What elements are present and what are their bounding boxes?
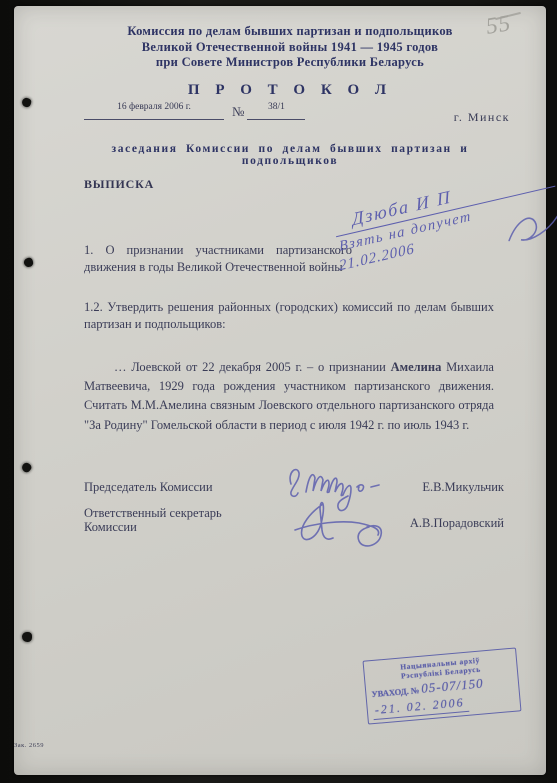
paper-sheet: 55 Комиссия по делам бывших партизан и п…	[14, 6, 546, 775]
punch-hole	[20, 461, 33, 474]
protocol-title: П Р О Т О К О Л	[84, 82, 496, 99]
agenda-item-1: 1. О признании участниками партизанского…	[84, 242, 352, 275]
org-name-line2: Великой Отечественной войны 1941 — 1945 …	[84, 40, 496, 56]
date-number-line: 16 февраля 2006 г.№38/1 г. Минск	[84, 102, 496, 120]
date-field: 16 февраля 2006 г.	[84, 102, 224, 120]
decision-paragraph: … Лоевской от 22 декабря 2005 г. – о при…	[84, 358, 494, 435]
secretary-title-line1: Ответственный секретарь	[84, 506, 222, 521]
secretary-signature	[289, 494, 414, 558]
session-subtitle: заседания Комиссии по делам бывших парти…	[76, 143, 504, 167]
place-label: г. Минск	[454, 110, 510, 125]
number-field: 38/1	[247, 102, 305, 120]
archive-stamp: Нацыянальны архіў Рэспублікі Беларусь УВ…	[363, 647, 522, 724]
secretary-name: А.В.Порадовский	[410, 516, 504, 531]
handwritten-note: Дзюба И П Взять на допучет 21.02.2006	[334, 163, 557, 276]
org-name-line1: Комиссия по делам бывших партизан и подп…	[84, 24, 496, 40]
print-order-mark: Зак. 2659	[14, 742, 44, 749]
punch-hole	[22, 632, 32, 642]
scanned-document: 55 Комиссия по делам бывших партизан и п…	[0, 0, 557, 783]
punch-hole	[21, 97, 33, 109]
punch-hole	[23, 257, 34, 268]
org-heading: Комиссия по делам бывших партизан и подп…	[84, 24, 496, 71]
number-label: №	[232, 104, 244, 120]
secretary-title-line2: Комиссии	[84, 520, 137, 535]
decision-surname: Амелина	[391, 360, 442, 374]
org-name-line3: при Совете Министров Республики Беларусь	[84, 55, 496, 71]
extract-heading: ВЫПИСКА	[84, 177, 154, 192]
chairman-name: Е.В.Микульчик	[422, 480, 504, 495]
decision-text-prefix: … Лоевской от 22 декабря 2005 г. – о при…	[114, 360, 391, 374]
chairman-title: Председатель Комиссии	[84, 480, 213, 495]
decision-item-1-2: 1.2. Утвердить решения районных (городск…	[84, 299, 494, 333]
